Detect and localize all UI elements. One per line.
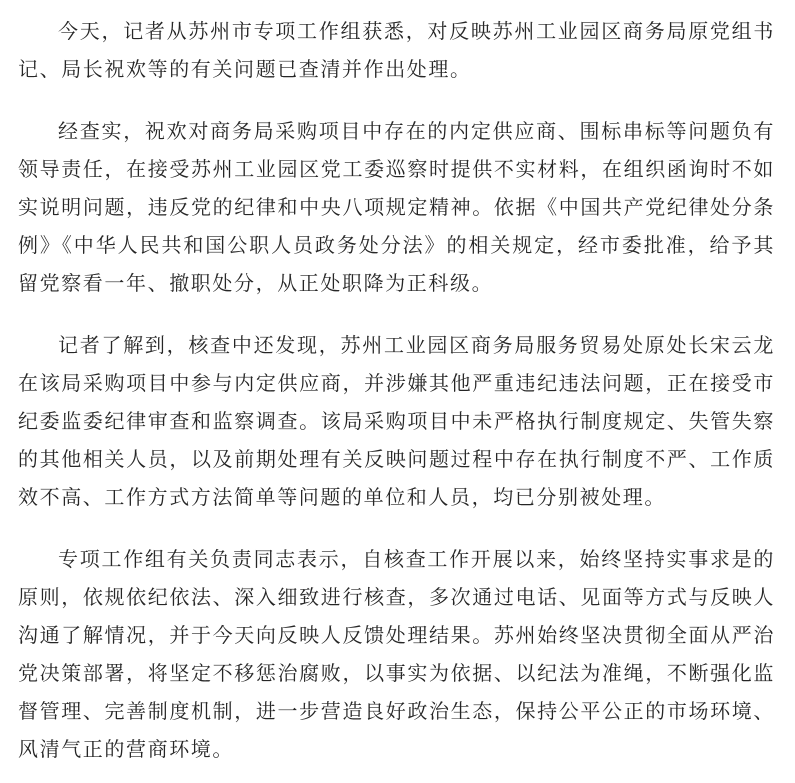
article-paragraph-intro: 今天，记者从苏州市专项工作组获悉，对反映苏州工业园区商务局原党组书记、局长祝欢等…	[18, 13, 775, 89]
article-paragraph-investigation-result: 经查实，祝欢对商务局采购项目中存在的内定供应商、围标串标等问题负有领导责任，在接…	[18, 113, 775, 303]
article-paragraph-official-statement: 专项工作组有关负责同志表示，自核查工作开展以来，始终坚持实事求是的原则，依规依纪…	[18, 541, 775, 769]
news-article-body: 今天，记者从苏州市专项工作组获悉，对反映苏州工业园区商务局原党组书记、局长祝欢等…	[0, 0, 795, 783]
article-paragraph-additional-findings: 记者了解到，核查中还发现，苏州工业园区商务局服务贸易处原处长宋云龙在该局采购项目…	[18, 327, 775, 517]
